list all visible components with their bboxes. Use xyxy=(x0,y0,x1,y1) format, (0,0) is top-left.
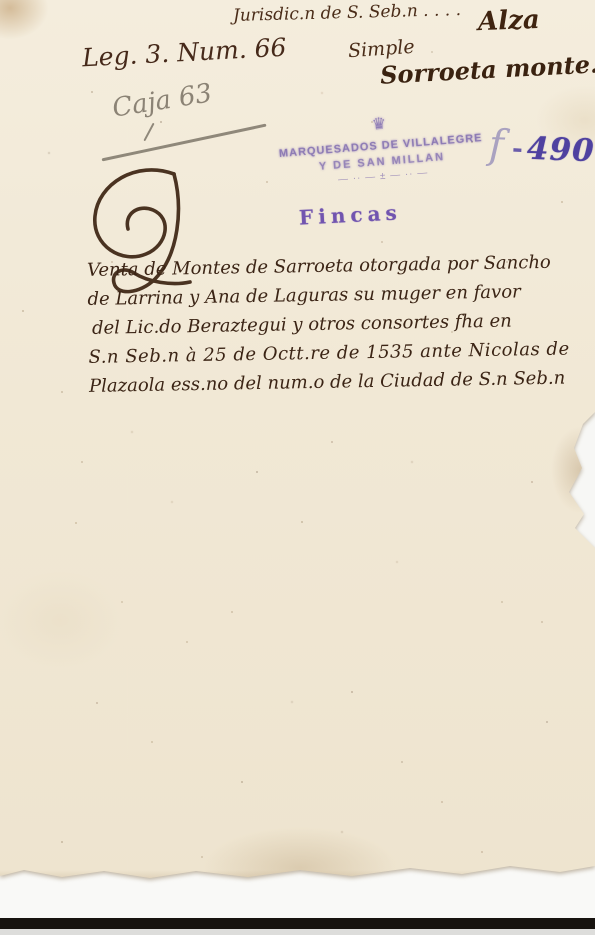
legajo-number-note: Leg. 3. Num. 66 xyxy=(81,33,287,73)
paper-speckles xyxy=(0,0,2,2)
marquesado-stamp: ♛ MARQUESADOS DE VILLALEGRE Y DE SAN MIL… xyxy=(270,108,493,191)
caja-descender-stroke xyxy=(143,123,154,142)
scanned-document: Jurisdic.n de S. Seb.n . . . . Alza Leg.… xyxy=(0,0,595,935)
caja-pencil-note: Caja 63 xyxy=(110,78,214,123)
paper-sheet-wrap: Jurisdic.n de S. Seb.n . . . . Alza Leg.… xyxy=(0,0,595,886)
folio-number-stamp: 490 xyxy=(526,131,595,169)
fincas-stamp: Fincas xyxy=(298,200,402,229)
scan-edge-gap xyxy=(0,929,595,935)
scan-edge-bar xyxy=(0,918,595,929)
folio-dash: - xyxy=(511,134,523,165)
copy-type-note: Simple xyxy=(347,36,415,63)
folio-letter-mark: f xyxy=(488,122,504,168)
jurisdiction-note: Jurisdic.n de S. Seb.n . . . . xyxy=(233,0,461,26)
caja-underline-stroke xyxy=(102,124,267,161)
place-note: Alza xyxy=(477,5,540,37)
paper-sheet: Jurisdic.n de S. Seb.n . . . . Alza Leg.… xyxy=(0,0,595,886)
manuscript-paragraph: Venta de Montes de Sarroeta otorgada por… xyxy=(87,248,539,401)
